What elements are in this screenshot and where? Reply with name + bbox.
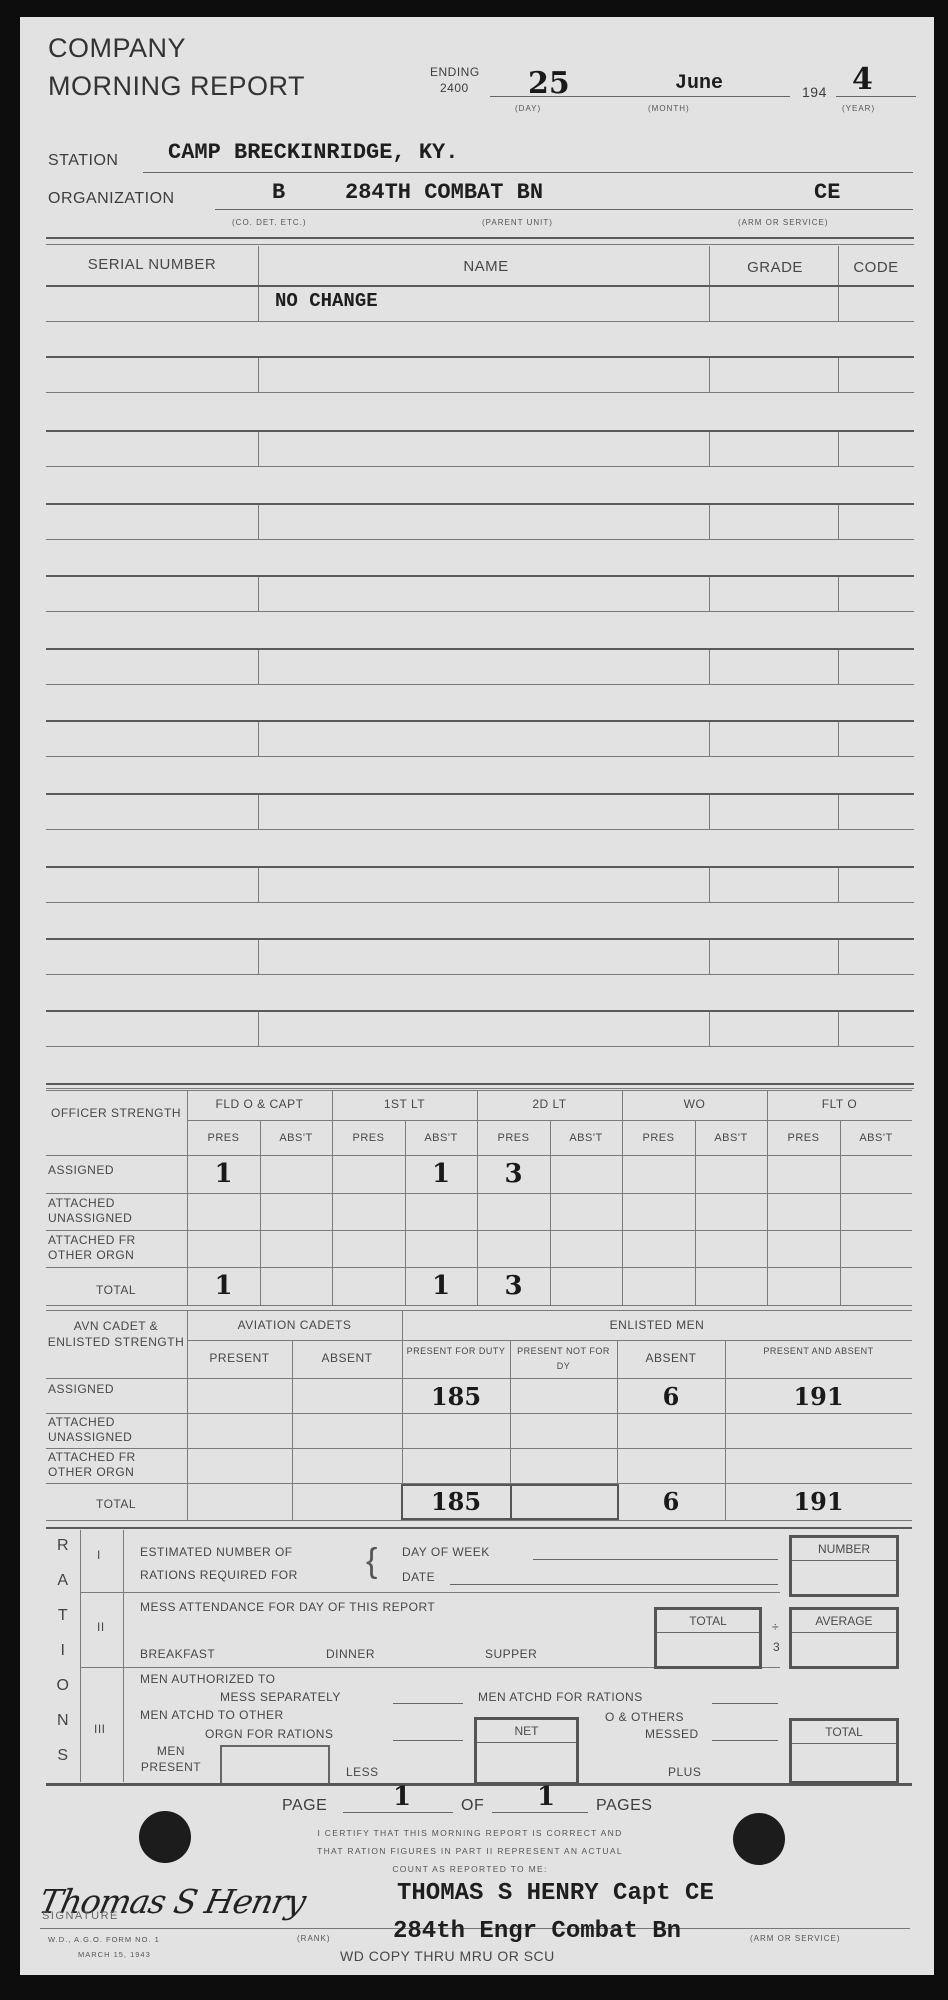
unit-line: 284th Engr Combat Bn (393, 1918, 681, 1945)
officer-col-divider (332, 1090, 333, 1305)
group-1st-lt: 1ST LT (332, 1097, 477, 1111)
rations-part-rule (80, 1592, 780, 1593)
officer-cell: 3 (477, 1271, 550, 1301)
enlisted-subhead: PRESENT AND ABSENT (725, 1344, 912, 1359)
roster-row-subrule (46, 321, 914, 322)
group-enlisted-men: ENLISTED MEN (402, 1318, 912, 1332)
officer-rule (46, 1090, 912, 1091)
rations-side-letter: N (46, 1712, 80, 1730)
divide-icon: ÷ (772, 1620, 779, 1634)
roster-row-subrule (46, 974, 914, 975)
co-caption: (CO. DET. ETC.) (232, 218, 307, 227)
men-present-line1: MEN (157, 1744, 185, 1758)
enlisted-cell: 185 (402, 1382, 510, 1411)
men-authorized-line1: MEN AUTHORIZED TO (140, 1672, 275, 1686)
breakfast-label: BREAKFAST (140, 1647, 215, 1661)
col-divider (258, 505, 259, 539)
enlisted-subhead: PRESENT NOT FOR DY (510, 1344, 617, 1374)
part-ii-numeral: II (97, 1620, 105, 1634)
roster-top-rule (46, 237, 914, 239)
dinner-label: DINNER (326, 1647, 375, 1661)
typed-name-rank: THOMAS S HENRY Capt CE (397, 1880, 714, 1907)
certification-text: I CERTIFY THAT THIS MORNING REPORT IS CO… (240, 1824, 700, 1878)
roster-row-rule (46, 938, 914, 940)
year-prefix: 194 (802, 84, 827, 100)
enlisted-cell: 191 (725, 1382, 912, 1411)
men-atchd-other-line1: MEN ATCHD TO OTHER (140, 1708, 284, 1722)
month-caption: (MONTH) (648, 104, 690, 113)
officer-subhead: ABS'T (695, 1132, 767, 1144)
plus-label: PLUS (668, 1765, 701, 1779)
col-divider (709, 358, 710, 392)
page-label: PAGE (282, 1797, 327, 1815)
divide-by-value: 3 (773, 1640, 780, 1654)
col-divider (838, 650, 839, 684)
supper-label: SUPPER (485, 1647, 537, 1661)
o-others-line2: MESSED (645, 1727, 699, 1741)
group-fld-o-capt: FLD O & CAPT (187, 1097, 332, 1111)
org-parent-unit: 284TH COMBAT BN (345, 180, 543, 205)
net-box[interactable]: NET (474, 1717, 579, 1785)
col-divider (838, 577, 839, 611)
officer-col-divider (622, 1090, 623, 1305)
enlisted-rule (187, 1340, 912, 1341)
report-year-digit: 4 (852, 62, 873, 97)
col-divider (258, 1012, 259, 1046)
col-divider (709, 795, 710, 829)
enlisted-row-label: ATTACHED FR OTHER ORGN (48, 1450, 183, 1480)
part-i-line1: ESTIMATED NUMBER OF (140, 1545, 293, 1559)
officer-col-divider (695, 1120, 696, 1305)
certify-line3: COUNT AS REPORTED TO ME: (240, 1860, 700, 1878)
pages-value: 1 (537, 1782, 555, 1812)
roster-row-subrule (46, 1046, 914, 1047)
part-i-line2: RATIONS REQUIRED FOR (140, 1568, 298, 1582)
form-number: W.D., A.G.O. FORM NO. 1 (48, 1935, 160, 1944)
mess-total-header: TOTAL (657, 1610, 759, 1633)
form-title-line1: COMPANY (48, 32, 186, 64)
enlisted-rule (46, 1310, 912, 1311)
col-divider (709, 940, 710, 974)
year-caption: (YEAR) (842, 104, 875, 113)
officer-col-divider (260, 1120, 261, 1305)
col-divider (838, 358, 839, 392)
brace-icon: { (366, 1541, 378, 1581)
officer-col-divider (840, 1120, 841, 1305)
roster-row-subrule (46, 611, 914, 612)
net-box-header: NET (477, 1720, 576, 1743)
col-divider (709, 1012, 710, 1046)
enlisted-strength-title: AVN CADET & ENLISTED STRENGTH (46, 1318, 186, 1350)
roster-row-rule (46, 866, 914, 868)
enlisted-row-label: ATTACHED UNASSIGNED (48, 1415, 183, 1445)
enlisted-col-divider (187, 1310, 188, 1520)
average-box-header: AVERAGE (792, 1610, 896, 1633)
enlisted-rule (46, 1520, 912, 1521)
group-2d-lt: 2D LT (477, 1097, 622, 1111)
enlisted-row-label: ASSIGNED (48, 1382, 183, 1397)
roster-row-rule (46, 503, 914, 505)
col-header-grade: GRADE (712, 259, 838, 276)
ending-label: ENDING (430, 66, 480, 78)
signature-label: SIGNATURE (42, 1910, 119, 1922)
rations-side-letter: I (46, 1642, 80, 1660)
officer-row-label: TOTAL (46, 1283, 186, 1297)
organization-label: ORGANIZATION (48, 190, 175, 208)
men-atchd-other-line2: ORGN FOR RATIONS (205, 1727, 333, 1741)
col-header-code: CODE (838, 259, 914, 276)
report-day: 25 (528, 66, 570, 101)
form-title-line2: MORNING REPORT (48, 70, 305, 102)
col-divider (258, 358, 259, 392)
arm-caption: (ARM OR SERVICE) (750, 1934, 841, 1943)
pages-field[interactable] (492, 1812, 588, 1813)
officer-cell: 1 (405, 1159, 477, 1189)
wd-copy-note: WD COPY THRU MRU OR SCU (340, 1948, 555, 1964)
enlisted-rule (46, 1413, 912, 1414)
arm-service-caption: (ARM OR SERVICE) (738, 218, 829, 227)
officer-col-divider (767, 1090, 768, 1305)
col-divider (709, 722, 710, 756)
officer-cell: 1 (405, 1271, 477, 1301)
col-divider (709, 650, 710, 684)
officer-subhead: PRES (477, 1132, 550, 1144)
date-label: DATE (402, 1570, 435, 1584)
col-divider (838, 432, 839, 466)
roster-row-subrule (46, 539, 914, 540)
officer-rule (46, 1267, 912, 1268)
certify-line2: THAT RATION FIGURES IN PART II REPRESENT… (240, 1842, 700, 1860)
men-present-field[interactable] (220, 1745, 330, 1783)
roster-row-subrule (46, 756, 914, 757)
enlisted-subhead: ABSENT (292, 1350, 402, 1366)
total-duty-box-divider (510, 1484, 512, 1520)
enlisted-cell: 6 (617, 1487, 725, 1516)
part-i-numeral: I (97, 1548, 101, 1562)
officer-subhead: PRES (332, 1132, 405, 1144)
certify-line1: I CERTIFY THAT THIS MORNING REPORT IS CO… (240, 1824, 700, 1842)
col-divider (838, 722, 839, 756)
enlisted-rule (46, 1448, 912, 1449)
rations-total-header: TOTAL (792, 1721, 896, 1744)
roster-row-rule (46, 720, 914, 722)
mess-attendance-title: MESS ATTENDANCE FOR DAY OF THIS REPORT (140, 1600, 435, 1614)
year-underline (836, 96, 916, 97)
col-divider (709, 505, 710, 539)
station-label: STATION (48, 152, 118, 170)
col-divider (258, 868, 259, 902)
col-divider (258, 722, 259, 756)
rations-side-letter: R (46, 1537, 80, 1555)
officer-cell: 1 (187, 1271, 260, 1301)
rank-caption: (RANK) (297, 1934, 331, 1943)
officer-strength-title: OFFICER STRENGTH (46, 1105, 186, 1122)
col-divider (838, 505, 839, 539)
o-others-line1: O & OTHERS (605, 1710, 684, 1724)
roster-row-subrule (46, 392, 914, 393)
officer-row-label: ATTACHED FR OTHER ORGN (48, 1233, 183, 1263)
parent-unit-caption: (PARENT UNIT) (482, 218, 553, 227)
group-wo: WO (622, 1097, 767, 1111)
station-underline (143, 172, 913, 173)
roster-entry-name: NO CHANGE (275, 290, 378, 312)
group-aviation-cadets: AVIATION CADETS (187, 1318, 402, 1332)
roster-row-subrule (46, 829, 914, 830)
roster-row-rule (46, 285, 914, 287)
average-box[interactable]: AVERAGE (789, 1607, 899, 1669)
roster-row-subrule (46, 902, 914, 903)
rations-side-letter: S (46, 1747, 80, 1765)
officer-row-label: ASSIGNED (48, 1163, 183, 1178)
col-divider (838, 1012, 839, 1046)
roster-row-rule (46, 1083, 914, 1085)
officer-subhead: ABS'T (260, 1132, 332, 1144)
day-caption: (DAY) (515, 104, 541, 113)
part-iii-numeral: III (94, 1722, 106, 1736)
officer-subhead: ABS'T (550, 1132, 622, 1144)
col-divider (838, 940, 839, 974)
officer-subhead: ABS'T (840, 1132, 912, 1144)
officer-subhead: PRES (187, 1132, 260, 1144)
officer-cell: 3 (477, 1159, 550, 1189)
col-divider (709, 577, 710, 611)
officer-cell: 1 (187, 1159, 260, 1189)
col-divider (258, 650, 259, 684)
roster-row-rule (46, 648, 914, 650)
col-divider (838, 868, 839, 902)
day-of-week-label: DAY OF WEEK (402, 1545, 490, 1559)
officer-rule (46, 1230, 912, 1231)
officer-subhead: PRES (622, 1132, 695, 1144)
officer-subhead: PRES (767, 1132, 840, 1144)
col-divider (258, 795, 259, 829)
org-arm-service: CE (814, 180, 840, 205)
men-atchd-rations-label: MEN ATCHD FOR RATIONS (478, 1690, 643, 1704)
col-divider (258, 432, 259, 466)
mess-separately-field[interactable] (393, 1703, 463, 1704)
men-present-line2: PRESENT (141, 1760, 201, 1774)
rations-total-box[interactable]: TOTAL (789, 1718, 899, 1784)
enlisted-col-divider (292, 1340, 293, 1520)
date-field[interactable] (450, 1584, 778, 1585)
col-divider (258, 940, 259, 974)
rations-top-rule (46, 1527, 912, 1529)
number-box-header: NUMBER (792, 1538, 896, 1561)
binder-hole-left (139, 1811, 191, 1863)
col-divider (258, 577, 259, 611)
roster-row-rule (46, 430, 914, 432)
page-value: 1 (393, 1782, 411, 1812)
form-date: MARCH 15, 1943 (78, 1950, 151, 1959)
enlisted-subhead: PRESENT (187, 1350, 292, 1366)
col-divider (838, 795, 839, 829)
number-box[interactable]: NUMBER (789, 1535, 899, 1597)
roster-top-rule-2 (46, 244, 914, 245)
col-divider (709, 287, 710, 321)
station-value: CAMP BRECKINRIDGE, KY. (168, 140, 458, 165)
col-divider (258, 246, 259, 286)
roster-row-subrule (46, 684, 914, 685)
men-authorized-line2: MESS SEPARATELY (220, 1690, 341, 1704)
col-divider (709, 432, 710, 466)
men-present-label: MENPRESENT (123, 1743, 219, 1775)
col-divider (709, 246, 710, 286)
enlisted-subhead: ABSENT (617, 1350, 725, 1366)
mess-total-box[interactable]: TOTAL (654, 1607, 762, 1669)
col-divider (838, 287, 839, 321)
roster-row-rule (46, 356, 914, 358)
roster-row-rule (46, 1010, 914, 1012)
group-flt-o: FLT O (767, 1097, 912, 1111)
col-header-name: NAME (260, 258, 712, 275)
org-company: B (272, 180, 285, 205)
enlisted-cell: 191 (725, 1487, 912, 1516)
rations-side-letter: O (46, 1677, 80, 1695)
binder-hole-right (733, 1813, 785, 1865)
enlisted-subhead: PRESENT FOR DUTY (402, 1344, 510, 1359)
col-divider (258, 287, 259, 321)
enlisted-row-label: TOTAL (46, 1497, 186, 1511)
rations-divider (80, 1530, 81, 1782)
officer-subhead: ABS'T (405, 1132, 477, 1144)
men-atchd-other-field[interactable] (393, 1740, 463, 1741)
day-of-week-field[interactable] (533, 1559, 778, 1560)
officer-col-divider (550, 1120, 551, 1305)
rations-side-letter: A (46, 1572, 80, 1590)
of-label: OF (461, 1797, 484, 1815)
col-divider (838, 246, 839, 286)
col-header-serial: SERIAL NUMBER (46, 256, 258, 273)
officer-rule (46, 1155, 912, 1156)
roster-bottom-rule (46, 1088, 914, 1089)
pages-label: PAGES (596, 1797, 652, 1815)
enlisted-rule (46, 1378, 912, 1379)
officer-row-label: ATTACHED UNASSIGNED (48, 1196, 183, 1226)
page-field[interactable] (343, 1812, 453, 1813)
enlisted-cell: 6 (617, 1382, 725, 1411)
roster-row-rule (46, 793, 914, 795)
rations-side-letter: T (46, 1607, 80, 1625)
less-label: LESS (346, 1765, 379, 1779)
roster-row-subrule (46, 466, 914, 467)
roster-row-rule (46, 575, 914, 577)
report-month: June (675, 72, 723, 95)
o-others-field[interactable] (712, 1740, 778, 1741)
men-atchd-rations-field[interactable] (712, 1703, 778, 1704)
officer-rule (46, 1193, 912, 1194)
col-divider (709, 868, 710, 902)
ending-time-label: 2400 (440, 82, 469, 94)
organization-underline (215, 209, 913, 210)
officer-rule (46, 1305, 912, 1306)
